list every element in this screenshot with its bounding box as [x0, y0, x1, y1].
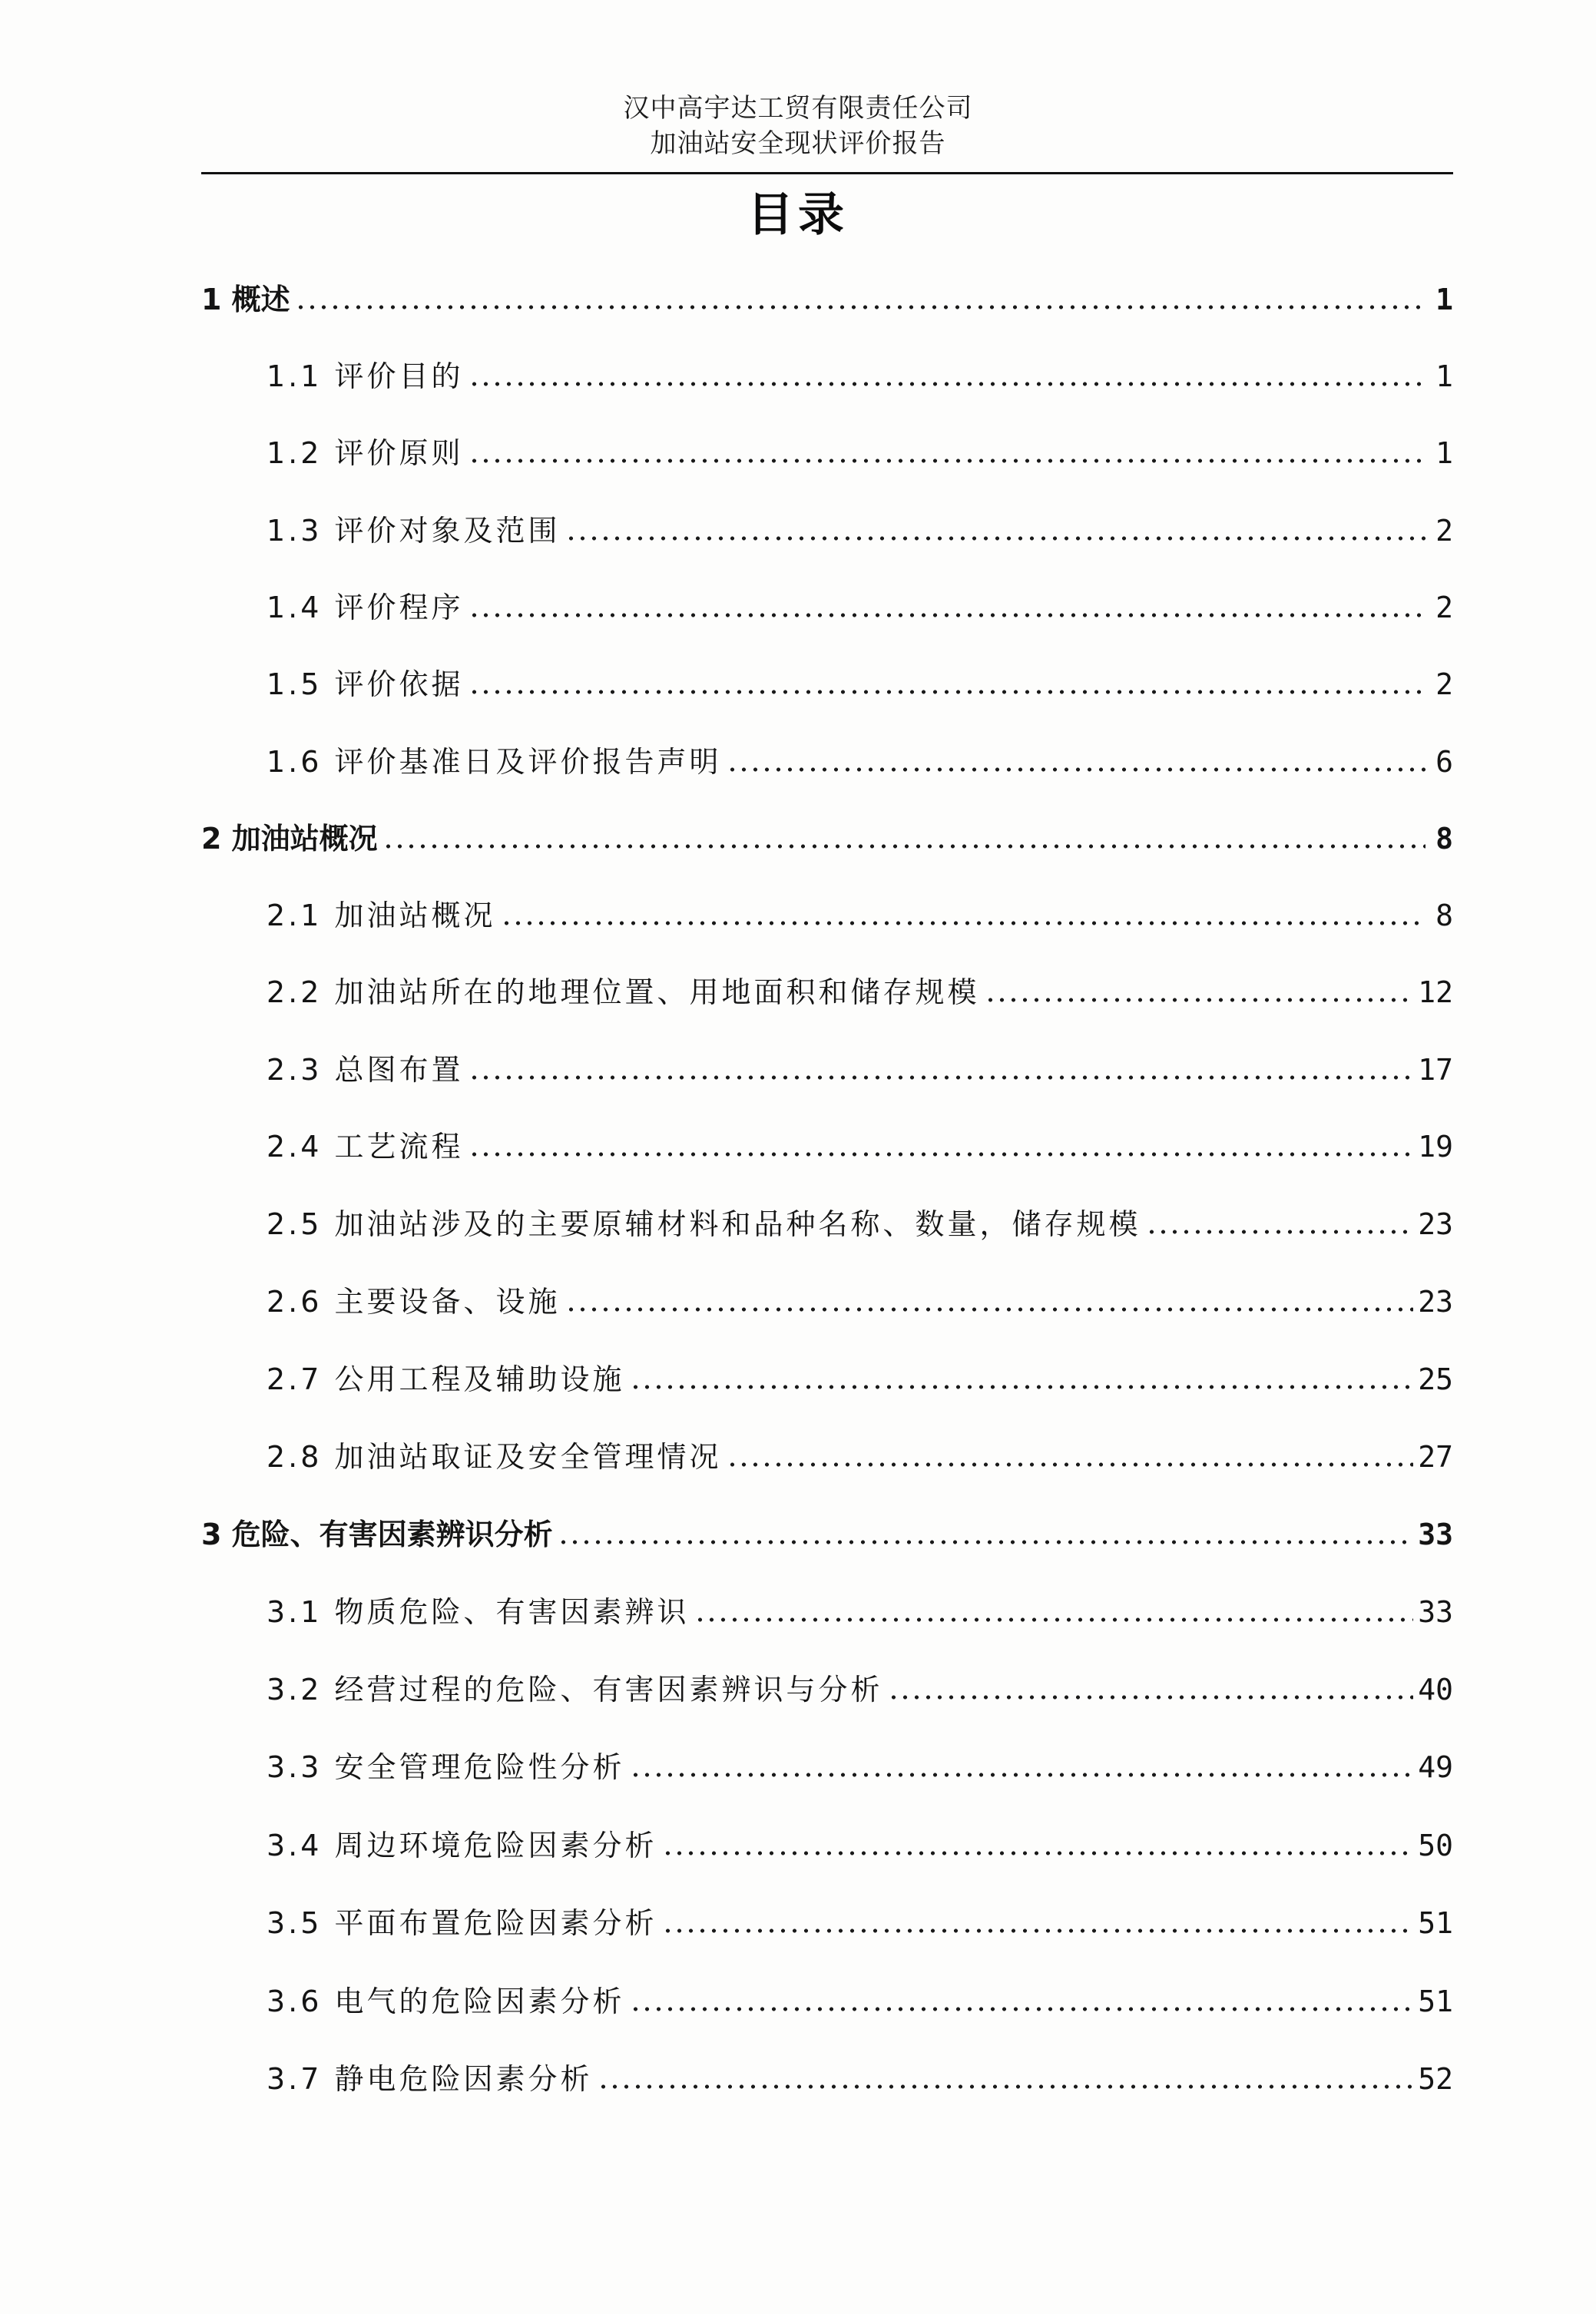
toc-entry[interactable]: 2.3 总图布置 17	[267, 1044, 1453, 1090]
dot-leader	[694, 1617, 1414, 1623]
toc-entry-page: 33	[1418, 1515, 1453, 1554]
toc-entry-label: 3.3 安全管理危险性分析	[267, 1747, 625, 1787]
toc-entry[interactable]: 1.1 评价目的 1	[267, 350, 1453, 396]
dot-leader	[565, 1306, 1414, 1313]
toc-entry[interactable]: 2.7 公用工程及辅助设施 25	[267, 1353, 1453, 1399]
toc-entry-label: 1.5 评价依据	[267, 664, 464, 704]
toc-entry[interactable]: 2.5 加油站涉及的主要原辅材料和品种名称、数量，储存规模 23	[267, 1198, 1453, 1244]
toc-entry-label: 2.2 加油站所在的地理位置、用地面积和储存规模	[267, 972, 980, 1012]
dot-leader	[630, 2006, 1414, 2012]
toc-entry-label: 2.3 总图布置	[267, 1050, 464, 1090]
dot-leader	[469, 1074, 1414, 1081]
toc-entry-label: 1.4 评价程序	[267, 588, 464, 627]
toc-entry-page: 2	[1430, 588, 1453, 627]
dot-leader	[888, 1694, 1414, 1700]
toc-entry-page: 8	[1430, 819, 1453, 859]
toc-entry[interactable]: 3.4 周边环境危险因素分析 50	[267, 1819, 1453, 1865]
toc-entry[interactable]: 1 概述 1	[201, 273, 1453, 319]
toc-entry[interactable]: 1.3 评价对象及范围 2	[267, 505, 1453, 551]
dot-leader	[469, 1151, 1414, 1157]
toc-entry[interactable]: 3.5 平面布置危险因素分析 51	[267, 1897, 1453, 1943]
toc-entry[interactable]: 2.4 工艺流程 19	[267, 1121, 1453, 1167]
dot-leader	[985, 997, 1414, 1003]
toc-entry-page: 2	[1430, 511, 1453, 551]
toc-entry-page: 1	[1430, 356, 1453, 396]
toc-entry-page: 19	[1418, 1127, 1453, 1167]
running-header: 汉中高宇达工贸有限责任公司 加油站安全现状评价报告	[0, 91, 1596, 161]
toc-entry-label: 2.5 加油站涉及的主要原辅材料和品种名称、数量，储存规模	[267, 1204, 1141, 1244]
toc-entry-label: 3.2 经营过程的危险、有害因素辨识与分析	[267, 1670, 883, 1710]
toc-entry-page: 52	[1418, 2059, 1453, 2099]
dot-leader	[469, 458, 1425, 464]
dot-leader	[630, 1772, 1414, 1778]
toc-entry-label: 3.6 电气的危险因素分析	[267, 1981, 625, 2021]
toc-entry-label: 2.1 加油站概况	[267, 895, 496, 935]
toc-entry[interactable]: 2.8 加油站取证及安全管理情况 27	[267, 1431, 1453, 1477]
toc-entry-page: 27	[1418, 1437, 1453, 1477]
dot-leader	[382, 843, 1425, 849]
toc-entry-page: 23	[1418, 1204, 1453, 1244]
header-company: 汉中高宇达工贸有限责任公司	[0, 91, 1596, 126]
dot-leader	[469, 612, 1425, 618]
dot-leader	[598, 2084, 1414, 2090]
toc-entry-page: 50	[1418, 1826, 1453, 1865]
toc-entry-label: 3.1 物质危险、有害因素辨识	[267, 1592, 690, 1632]
toc-entry[interactable]: 3.2 经营过程的危险、有害因素辨识与分析 40	[267, 1663, 1453, 1710]
toc-entry-page: 1	[1430, 433, 1453, 473]
header-divider	[201, 172, 1453, 174]
toc-entry-label: 1.1 评价目的	[267, 356, 464, 396]
toc-entry-label: 3.7 静电危险因素分析	[267, 2059, 593, 2099]
toc-entry-label: 1.6 评价基准日及评价报告声明	[267, 742, 722, 782]
dot-leader	[469, 689, 1425, 695]
toc-entry-page: 17	[1418, 1050, 1453, 1090]
toc-entry-page: 40	[1418, 1670, 1453, 1710]
toc-entry[interactable]: 2.2 加油站所在的地理位置、用地面积和储存规模 12	[267, 966, 1453, 1012]
toc-entry[interactable]: 3 危险、有害因素辨识分析 33	[201, 1508, 1453, 1554]
dot-leader	[1146, 1229, 1414, 1235]
toc-entry-label: 1.2 评价原则	[267, 433, 464, 473]
toc-entry[interactable]: 3.7 静电危险因素分析 52	[267, 2053, 1453, 2099]
dot-leader	[295, 304, 1425, 310]
dot-leader	[565, 535, 1425, 541]
toc-entry-page: 8	[1430, 895, 1453, 935]
toc-entry-page: 51	[1418, 1903, 1453, 1943]
toc-entry-page: 23	[1418, 1282, 1453, 1322]
toc-entry-label: 2.8 加油站取证及安全管理情况	[267, 1437, 722, 1477]
toc-entry-label: 3.4 周边环境危险因素分析	[267, 1826, 657, 1865]
toc-entry-label: 2 加油站概况	[201, 819, 378, 859]
toc-entry-label: 2.7 公用工程及辅助设施	[267, 1359, 625, 1399]
toc-entry[interactable]: 1.2 评价原则 1	[267, 427, 1453, 473]
header-report-title: 加油站安全现状评价报告	[0, 126, 1596, 161]
toc-entry[interactable]: 2 加油站概况 8	[201, 813, 1453, 859]
toc-entry-page: 12	[1418, 972, 1453, 1012]
toc-entry[interactable]: 1.4 评价程序 2	[267, 581, 1453, 627]
toc-entry-page: 33	[1418, 1592, 1453, 1632]
toc-entry-label: 3 危险、有害因素辨识分析	[201, 1515, 553, 1554]
toc-entry-page: 2	[1430, 664, 1453, 704]
toc-entry[interactable]: 1.5 评价依据 2	[267, 658, 1453, 704]
toc-entry[interactable]: 2.6 主要设备、设施 23	[267, 1276, 1453, 1322]
toc-entry[interactable]: 2.1 加油站概况 8	[267, 889, 1453, 935]
dot-leader	[727, 766, 1425, 773]
dot-leader	[469, 381, 1425, 387]
toc-entry[interactable]: 3.6 电气的危险因素分析 51	[267, 1975, 1453, 2021]
toc-entry-label: 1.3 评价对象及范围	[267, 511, 561, 551]
toc-entry[interactable]: 1.6 评价基准日及评价报告声明 6	[267, 736, 1453, 782]
dot-leader	[501, 920, 1425, 926]
toc-entry-label: 2.4 工艺流程	[267, 1127, 464, 1167]
toc-entry-label: 1 概述	[201, 280, 290, 319]
toc-entry-page: 1	[1430, 280, 1453, 319]
dot-leader	[630, 1384, 1414, 1390]
toc-title: 目录	[0, 184, 1596, 246]
toc-entry-page: 25	[1418, 1359, 1453, 1399]
toc-entry-label: 2.6 主要设备、设施	[267, 1282, 561, 1322]
dot-leader	[662, 1928, 1414, 1934]
toc-entry-page: 51	[1418, 1981, 1453, 2021]
toc-entry[interactable]: 3.3 安全管理危险性分析 49	[267, 1741, 1453, 1787]
toc-entry-page: 49	[1418, 1747, 1453, 1787]
toc-entry-label: 3.5 平面布置危险因素分析	[267, 1903, 657, 1943]
document-page: 汉中高宇达工贸有限责任公司 加油站安全现状评价报告 目录 1 概述 1 1.1 …	[0, 0, 1596, 2314]
dot-leader	[558, 1539, 1414, 1545]
toc-entry-page: 6	[1430, 742, 1453, 782]
dot-leader	[727, 1462, 1414, 1468]
toc-entry[interactable]: 3.1 物质危险、有害因素辨识 33	[267, 1586, 1453, 1632]
dot-leader	[662, 1850, 1414, 1856]
